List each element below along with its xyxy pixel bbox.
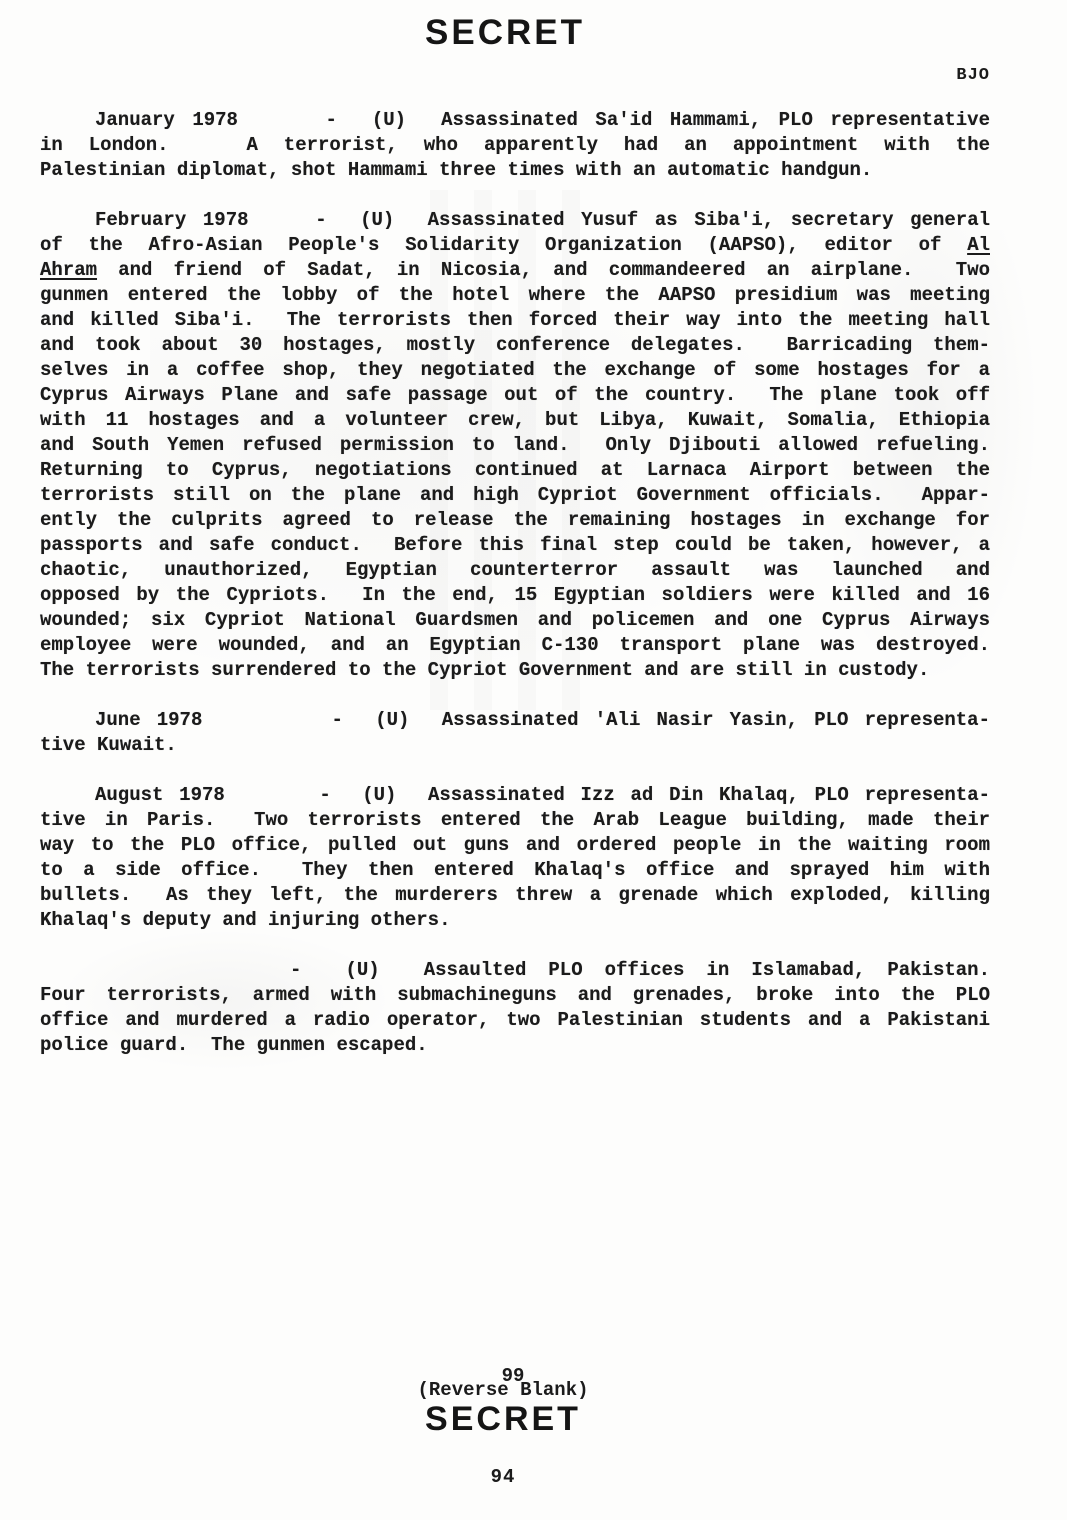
paragraph-june-1978: June 1978 - (U) Assassinated 'Ali Nasir … bbox=[40, 708, 990, 758]
text-line: June 1978 - (U) Assassinated 'Ali Nasir … bbox=[40, 708, 990, 733]
text-line: Cyprus Airways Plane and safe passage ou… bbox=[40, 383, 990, 408]
text-line: February 1978 - (U) Assassinated Yusuf a… bbox=[40, 208, 990, 233]
text-line: in London. A terrorist, who apparently h… bbox=[40, 133, 990, 158]
classification-stamp-bottom: SECRET bbox=[28, 1401, 978, 1437]
underlined-text: Al bbox=[967, 234, 990, 256]
paragraph-january-1978: January 1978 - (U) Assassinated Sa'id Ha… bbox=[40, 108, 990, 183]
text-line: Palestinian diplomat, shot Hammami three… bbox=[40, 158, 990, 183]
text-line: - (U) Assaulted PLO offices in Islamabad… bbox=[40, 958, 990, 983]
text-line: way to the PLO office, pulled out guns a… bbox=[40, 833, 990, 858]
text-line: Khalaq's deputy and injuring others. bbox=[40, 908, 990, 933]
classification-stamp-top: SECRET bbox=[30, 13, 980, 53]
text-line: opposed by the Cypriots. In the end, 15 … bbox=[40, 583, 990, 608]
text-line: and took about 30 hostages, mostly confe… bbox=[40, 333, 990, 358]
paragraph-islamabad-attack: - (U) Assaulted PLO offices in Islamabad… bbox=[40, 958, 990, 1058]
page-number: 94 bbox=[28, 1466, 978, 1488]
text-line: gunmen entered the lobby of the hotel wh… bbox=[40, 283, 990, 308]
text-line: Ahram and friend of Sadat, in Nicosia, a… bbox=[40, 258, 990, 283]
text-line: tive in Paris. Two terrorists entered th… bbox=[40, 808, 990, 833]
text-line: tive Kuwait. bbox=[40, 733, 990, 758]
text-segment: and friend of Sadat, in Nicosia, and com… bbox=[97, 259, 990, 281]
text-line: with 11 hostages and a volunteer crew, b… bbox=[40, 408, 990, 433]
document-body: January 1978 - (U) Assassinated Sa'id Ha… bbox=[40, 108, 990, 1083]
scanned-document-page: SECRET BJO January 1978 - (U) Assassinat… bbox=[0, 0, 1067, 1520]
routing-code: BJO bbox=[40, 66, 990, 85]
text-line: Four terrorists, armed with submachinegu… bbox=[40, 983, 990, 1008]
text-line: bullets. As they left, the murderers thr… bbox=[40, 883, 990, 908]
text-line: chaotic, unauthorized, Egyptian countert… bbox=[40, 558, 990, 583]
text-line: passports and safe conduct. Before this … bbox=[40, 533, 990, 558]
page-note-number: 99 bbox=[38, 1366, 988, 1386]
text-line: of the Afro-Asian People's Solidarity Or… bbox=[40, 233, 990, 258]
text-line: The terrorists surrendered to the Cyprio… bbox=[40, 658, 990, 683]
text-line: office and murdered a radio operator, tw… bbox=[40, 1008, 990, 1033]
text-line: police guard. The gunmen escaped. bbox=[40, 1033, 990, 1058]
underlined-text: Ahram bbox=[40, 259, 97, 281]
text-segment: of the Afro-Asian People's Solidarity Or… bbox=[40, 234, 967, 256]
text-line: Returning to Cyprus, negotiations contin… bbox=[40, 458, 990, 483]
text-line: employee were wounded, and an Egyptian C… bbox=[40, 633, 990, 658]
text-line: and South Yemen refused permission to la… bbox=[40, 433, 990, 458]
text-line: terrorists still on the plane and high C… bbox=[40, 483, 990, 508]
text-line: January 1978 - (U) Assassinated Sa'id Ha… bbox=[40, 108, 990, 133]
paragraph-february-1978: February 1978 - (U) Assassinated Yusuf a… bbox=[40, 208, 990, 683]
text-line: to a side office. They then entered Khal… bbox=[40, 858, 990, 883]
text-line: August 1978 - (U) Assassinated Izz ad Di… bbox=[40, 783, 990, 808]
text-line: wounded; six Cypriot National Guardsmen … bbox=[40, 608, 990, 633]
text-line: selves in a coffee shop, they negotiated… bbox=[40, 358, 990, 383]
text-line: and killed Siba'i. The terrorists then f… bbox=[40, 308, 990, 333]
text-line: ently the culprits agreed to release the… bbox=[40, 508, 990, 533]
paragraph-august-1978: August 1978 - (U) Assassinated Izz ad Di… bbox=[40, 783, 990, 933]
page-footer: 99 (Reverse Blank) SECRET bbox=[28, 1366, 978, 1437]
